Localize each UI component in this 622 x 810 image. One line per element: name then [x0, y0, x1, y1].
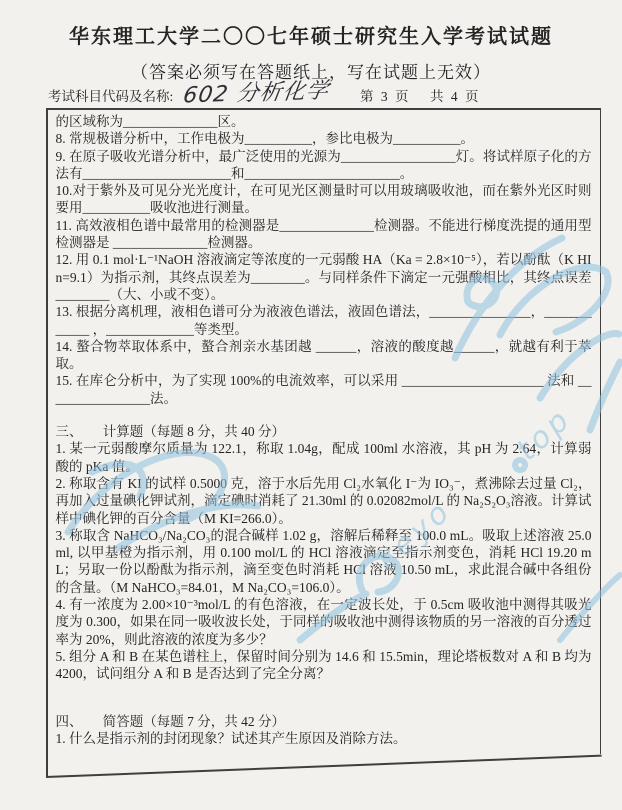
subject-code-label: 考试科目代码及名称:	[48, 85, 173, 105]
question-content: 的区域称为______________区。 8. 常规极谱分析中，工作电极为__…	[48, 110, 600, 774]
subject-code-handwritten: 602 分析化学	[181, 73, 331, 109]
question-11: 11. 高效液相色谱中最常用的检测器是______________检测器。不能进…	[56, 217, 592, 252]
question-10: 10.对于紫外及可见分光光度计，在可见光区测量时可以用玻璃吸收池，而在紫外光区时…	[56, 182, 592, 217]
page-total: 共 4 页	[430, 85, 481, 105]
question-8: 8. 常规极谱分析中，工作电极为__________，参比电极为________…	[56, 130, 592, 147]
calc-problem-5: 5. 组分 A 和 B 在某色谱柱上，保留时间分别为 14.6 和 15.5mi…	[56, 648, 592, 683]
calc-problem-1: 1. 某一元弱酸摩尔质量为 122.1，称取 1.04g，配成 100ml 水溶…	[56, 440, 592, 475]
section-gap	[56, 683, 592, 713]
question-9: 9. 在原子吸收光谱分析中，最广泛使用的光源为_________________…	[56, 148, 592, 183]
short-answer-section-heading: 四、 简答题（每题 7 分，共 42 分）	[56, 713, 592, 730]
short-answer-problem-1: 1. 什么是指示剂的封闭现象？试述其产生原因及消除方法。	[56, 730, 592, 747]
calc-problem-3: 3. 称取含 NaHCO₃/Na₂CO₃的混合碱样 1.02 g，溶解后稀释至 …	[56, 527, 592, 596]
question-14: 14. 螯合物萃取体系中，螯合剂亲水基团越 ______，溶液的酸度越_____…	[56, 338, 592, 373]
question-13: 13. 根据分离机理，液相色谱可分为液液色谱法，液固色谱法，__________…	[56, 303, 592, 338]
page-number: 第 3 页	[360, 85, 411, 105]
section-gap	[56, 407, 592, 423]
question-12: 12. 用 0.1 mol·L⁻¹NaOH 溶液滴定等浓度的一元弱酸 HA（Ka…	[56, 251, 592, 303]
subject-meta-row: 考试科目代码及名称: 602 分析化学 第 3 页 共 4 页	[48, 80, 602, 108]
content-box-border-right	[600, 108, 602, 754]
question-7-continuation: 的区域称为______________区。	[56, 113, 592, 130]
page-title: 华东理工大学二〇〇七年硕士研究生入学考试试题	[0, 0, 622, 49]
calc-section-heading: 三、 计算题（每题 8 分，共 40 分）	[56, 423, 592, 440]
calc-problem-4: 4. 有一浓度为 2.00×10⁻³mol/L 的有色溶液，在一定波长处，于 0…	[56, 596, 592, 648]
exam-paper-scan: 华东理工大学二〇〇七年硕士研究生入学考试试题 （答案必须写在答题纸上，写在试题上…	[0, 0, 622, 810]
calc-problem-2: 2. 称取含有 KI 的试样 0.5000 克，溶于水后先用 Cl₂水氧化 I⁻…	[56, 475, 592, 527]
question-15: 15. 在库仑分析中，为了实现 100%的电流效率，可以采用 _________…	[56, 372, 592, 407]
